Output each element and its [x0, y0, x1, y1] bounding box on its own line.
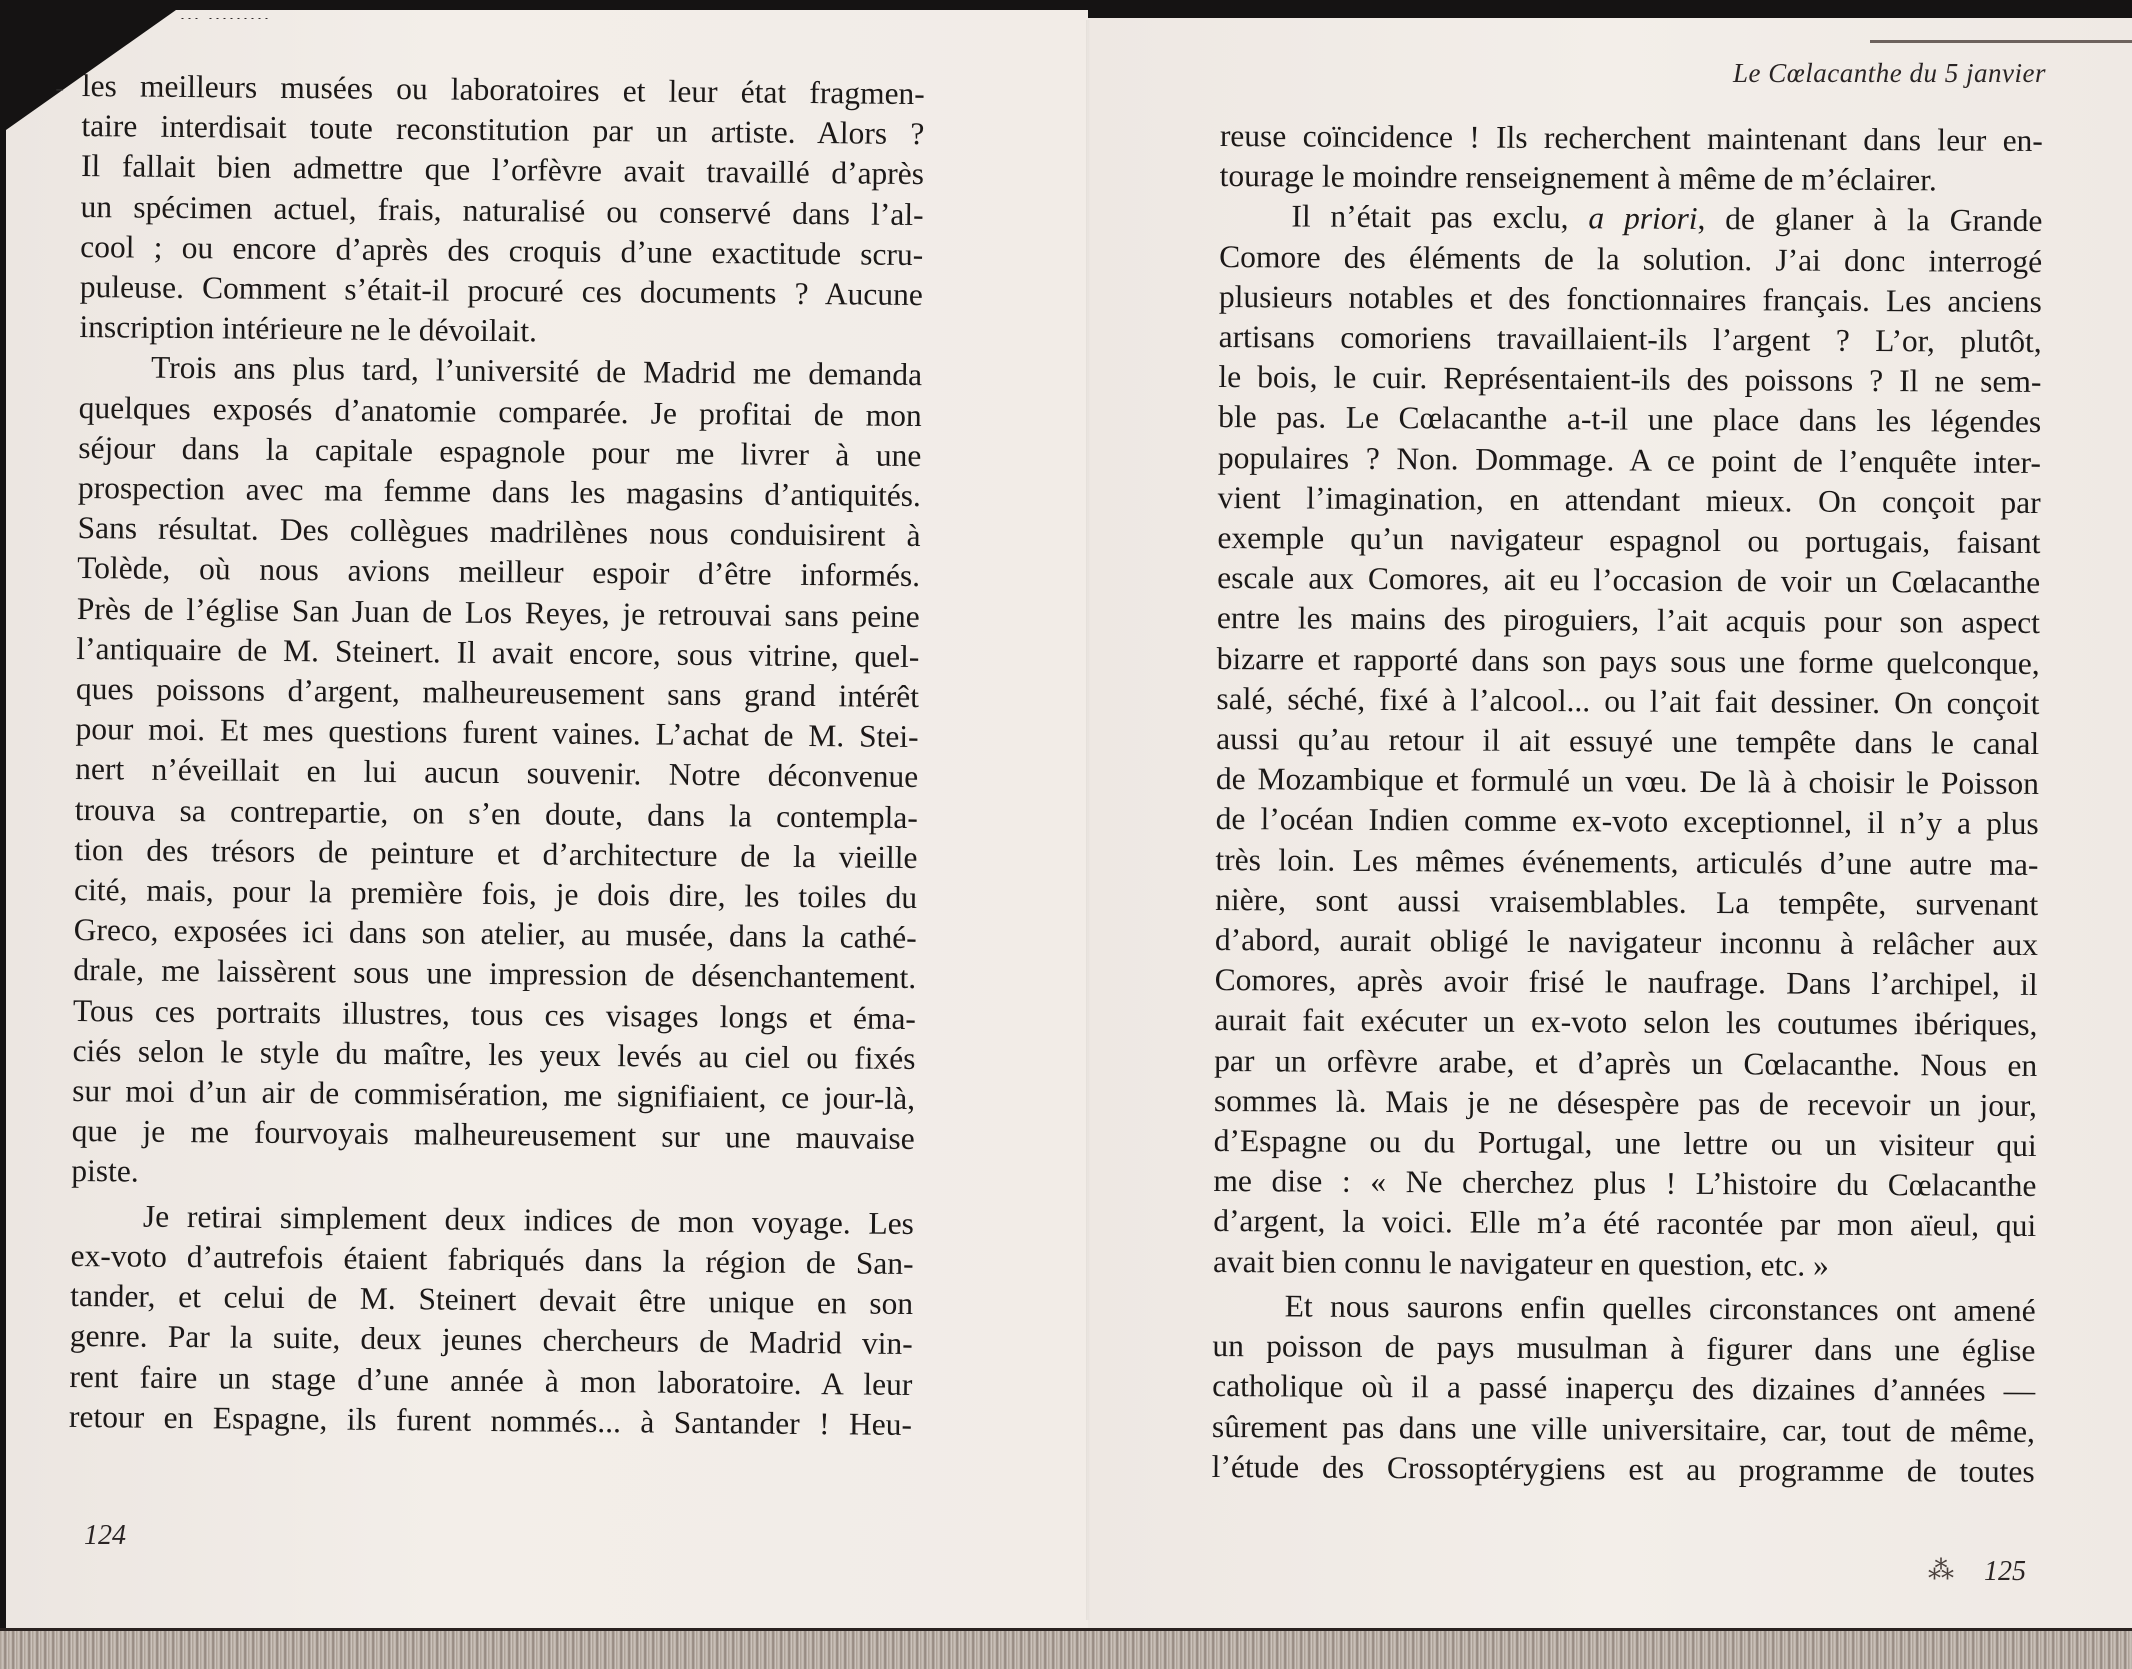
text-line: ble pas. Le Cœlacanthe a-t-il une place … — [1218, 397, 2041, 442]
text-line: d’Espagne ou du Portugal, une lettre ou … — [1214, 1121, 2037, 1166]
italic-phrase: a priori — [1588, 201, 1697, 237]
text-line: Et nous saurons enfin quelles circonstan… — [1213, 1286, 2036, 1331]
text-line: par un orfèvre arabe, et d’après un Cœla… — [1214, 1041, 2037, 1086]
text-line: piste. — [71, 1151, 914, 1199]
text-line: l’étude des Crossoptérygiens est au prog… — [1212, 1447, 2035, 1492]
text-line: bizarre et rapporté dans son pays sous u… — [1217, 639, 2040, 684]
text-line: reuse coïncidence ! Ils recherchent main… — [1220, 116, 2043, 161]
right-page-text: reuse coïncidence ! Ils recherchent main… — [1212, 116, 2043, 1492]
text-line-with-italic: Il n’était pas exclu, a priori, de glane… — [1219, 196, 2042, 241]
text-line: le bois, le cuir. Représentaient-ils des… — [1218, 357, 2041, 402]
running-head: Le Cœlacanthe du 5 janvier — [1733, 58, 2046, 89]
ink-blot-mark: ⁂ — [1928, 1556, 1954, 1586]
margin-mark: ˗ — [56, 74, 63, 100]
text-line: Comore des éléments de la solution. J’ai… — [1219, 237, 2042, 282]
text-line: salé, séché, fixé à l’alcool... ou l’ait… — [1216, 679, 2039, 724]
text-line: sûrement pas dans une ville universitair… — [1212, 1406, 2035, 1451]
book-page-edges — [0, 1628, 2132, 1669]
text-line: très loin. Les mêmes événements, articul… — [1215, 840, 2038, 885]
page-top-edge — [1870, 40, 2132, 43]
text-line: de l’océan Indien comme ex-voto exceptio… — [1216, 799, 2039, 844]
text-line: me dise : « Ne cherchez plus ! L’histoir… — [1213, 1161, 2036, 1206]
text-line: d’abord, aurait obligé le navigateur inc… — [1215, 920, 2038, 965]
text-line: entre les mains des piroguiers, l’ait ac… — [1217, 598, 2040, 643]
text-line: aussi qu’au retour il ait essuyé une tem… — [1216, 719, 2039, 764]
text-line: catholique où il a passé inaperçu des di… — [1212, 1366, 2035, 1411]
text-line: sommes là. Mais je ne désespère pas de r… — [1214, 1081, 2037, 1126]
text-line: Comores, après avoir frisé le naufrage. … — [1215, 960, 2038, 1005]
left-page-text: les meilleurs musées ou laboratoires et … — [69, 66, 925, 1445]
text-line: d’argent, la voici. Elle m’a été raconté… — [1213, 1201, 2036, 1246]
text-line: escale aux Comores, ait eu l’occasion de… — [1217, 558, 2040, 603]
text-line: nière, sont aussi vraisemblables. La tem… — [1215, 880, 2038, 925]
text-line: aurait fait exécuter un ex-voto selon le… — [1214, 1000, 2037, 1045]
gutter-shadow — [1086, 20, 1090, 1620]
page-number-right: 125 — [1984, 1556, 2026, 1588]
text-line: avait bien connu le navigateur en questi… — [1213, 1242, 2036, 1287]
text-line: populaires ? Non. Dommage. A ce point de… — [1218, 438, 2041, 483]
text-line: artisans comoriens travaillaient-ils l’a… — [1219, 317, 2042, 362]
cut-off-heading: ... ......... — [180, 12, 271, 21]
text-line: un poisson de pays musulman à figurer da… — [1212, 1326, 2035, 1371]
text-line: exemple qu’un navigateur espagnol ou por… — [1217, 518, 2040, 563]
page-number-left: 124 — [84, 1520, 126, 1552]
text-line: de Mozambique et formulé un vœu. De là à… — [1216, 759, 2039, 804]
text-line: plusieurs notables et des fonctionnaires… — [1219, 277, 2042, 322]
text-line: retour en Espagne, ils furent nommés... … — [69, 1397, 912, 1445]
text-line: vient l’imagination, en attendant mieux.… — [1218, 478, 2041, 523]
book-spread: ... ......... ˗ Le Cœlacanthe du 5 janvi… — [0, 0, 2132, 1669]
text-line: tourage le moindre renseignement à même … — [1220, 156, 2043, 201]
